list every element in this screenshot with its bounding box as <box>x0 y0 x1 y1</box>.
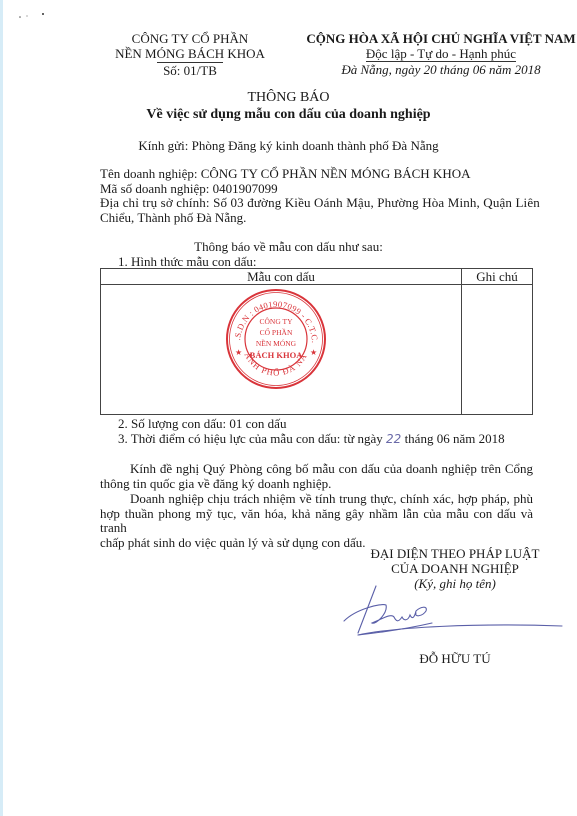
company-name-line1: CÔNG TY CỔ PHẦN <box>95 31 285 46</box>
request-paragraph: Kính đề nghị Quý Phòng công bố mẫu con d… <box>100 462 533 491</box>
item-1: 1. Hình thức mẫu con dấu: <box>118 254 256 269</box>
seal-line1: CÔNG TY <box>260 316 294 326</box>
tax-code-field: Mã số doanh nghiệp: 0401907099 <box>100 182 533 197</box>
scan-specks <box>18 12 48 20</box>
star-icon-left: ★ <box>235 348 242 357</box>
seal-line3: NỀN MÓNG <box>256 338 297 348</box>
company-info: Tên doanh nghiệp: CÔNG TY CỔ PHẦN NỀN MÓ… <box>100 167 533 225</box>
intro-text: Thông báo về mẫu con dấu như sau: <box>0 239 577 254</box>
item-3-suffix: tháng 06 năm 2018 <box>405 431 505 446</box>
header-note: Ghi chú <box>462 269 533 285</box>
seal-line2: CỔ PHẦN <box>260 327 293 337</box>
company-name-line2: NỀN MÓNG BÁCH KHOA <box>95 46 285 61</box>
star-icon-right: ★ <box>310 348 317 357</box>
request-line2: thông tin quốc gia về đăng ký doanh nghi… <box>100 477 533 492</box>
request-line1: Kính đề nghị Quý Phòng công bố mẫu con d… <box>100 462 533 477</box>
note-cell <box>462 285 533 415</box>
item-3: 3. Thời điểm có hiệu lực của mẫu con dấu… <box>118 431 505 447</box>
signer-role-line2: CỦA DOANH NGHIỆP <box>330 561 577 576</box>
address-line2: Chiểu, Thành phố Đà Nẵng. <box>100 211 533 226</box>
address-line1: Địa chỉ trụ sở chính: Số 03 đường Kiều O… <box>100 196 533 211</box>
national-header: CỘNG HÒA XÃ HỘI CHỦ NGHĨA VIỆT NAM Độc l… <box>305 31 577 77</box>
document-title: THÔNG BÁO <box>0 90 577 106</box>
responsibility-line1: Doanh nghiệp chịu trách nhiệm về tính tr… <box>100 492 533 507</box>
handwritten-day: 22 <box>386 432 401 446</box>
recipient: Kính gửi: Phòng Đăng ký kinh doanh thành… <box>0 138 577 153</box>
item-3-prefix: 3. Thời điểm có hiệu lực của mẫu con dấu… <box>118 431 383 446</box>
document-subtitle: Về việc sử dụng mẫu con dấu của doanh ng… <box>0 107 577 123</box>
signer-name: ĐỖ HỮU TÚ <box>330 651 577 666</box>
responsibility-paragraph: Doanh nghiệp chịu trách nhiệm về tính tr… <box>100 492 533 550</box>
item-2: 2. Số lượng con dấu: 01 con dấu <box>118 416 286 431</box>
company-name-field: Tên doanh nghiệp: CÔNG TY CỔ PHẦN NỀN MÓ… <box>100 167 533 182</box>
nation-name: CỘNG HÒA XÃ HỘI CHỦ NGHĨA VIỆT NAM <box>305 31 577 46</box>
signer-role-line1: ĐẠI DIỆN THEO PHÁP LUẬT <box>330 546 577 561</box>
document-number: Số: 01/TB <box>95 63 285 78</box>
responsibility-line2: hợp thuần phong mỹ tục, văn hóa, khả năn… <box>100 507 533 536</box>
place-date: Đà Nẵng, ngày 20 tháng 06 năm 2018 <box>305 62 577 77</box>
company-header: CÔNG TY CỔ PHẦN NỀN MÓNG BÁCH KHOA Số: 0… <box>95 31 285 78</box>
company-seal: M.S.D.N : 0401907099 - C.T.C.P THÀNH PHỐ… <box>224 287 328 391</box>
header-seal-sample: Mẫu con dấu <box>101 269 462 285</box>
handwritten-signature <box>336 583 566 643</box>
national-motto: Độc lập - Tự do - Hạnh phúc <box>366 47 516 62</box>
seal-line4: BÁCH KHOA <box>250 350 304 360</box>
